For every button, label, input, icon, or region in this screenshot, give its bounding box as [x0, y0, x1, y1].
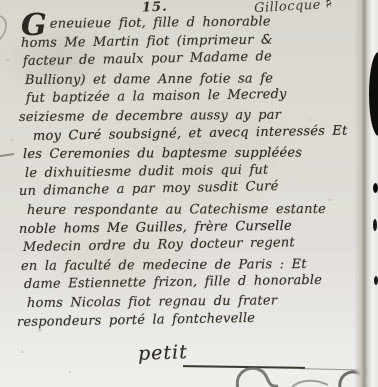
corner-ink-mark — [0, 14, 18, 48]
record-text: Geneuieue fiot, fille d honorable homs M… — [21, 16, 357, 332]
curate-signature: petit — [138, 341, 189, 365]
binding-blob — [373, 219, 377, 231]
page-number: 15. — [142, 0, 168, 15]
manuscript-line: fut baptizée a la maison le Mecredy — [26, 85, 357, 109]
margin-dash — [0, 153, 14, 157]
binding-blob — [373, 183, 378, 193]
manuscript-scan: 15. Gillocque♯ Geneuieue fiot, fille d h… — [0, 0, 378, 387]
binding-blob — [374, 276, 378, 285]
paraph-flourish-icon: ♯ — [324, 0, 333, 12]
